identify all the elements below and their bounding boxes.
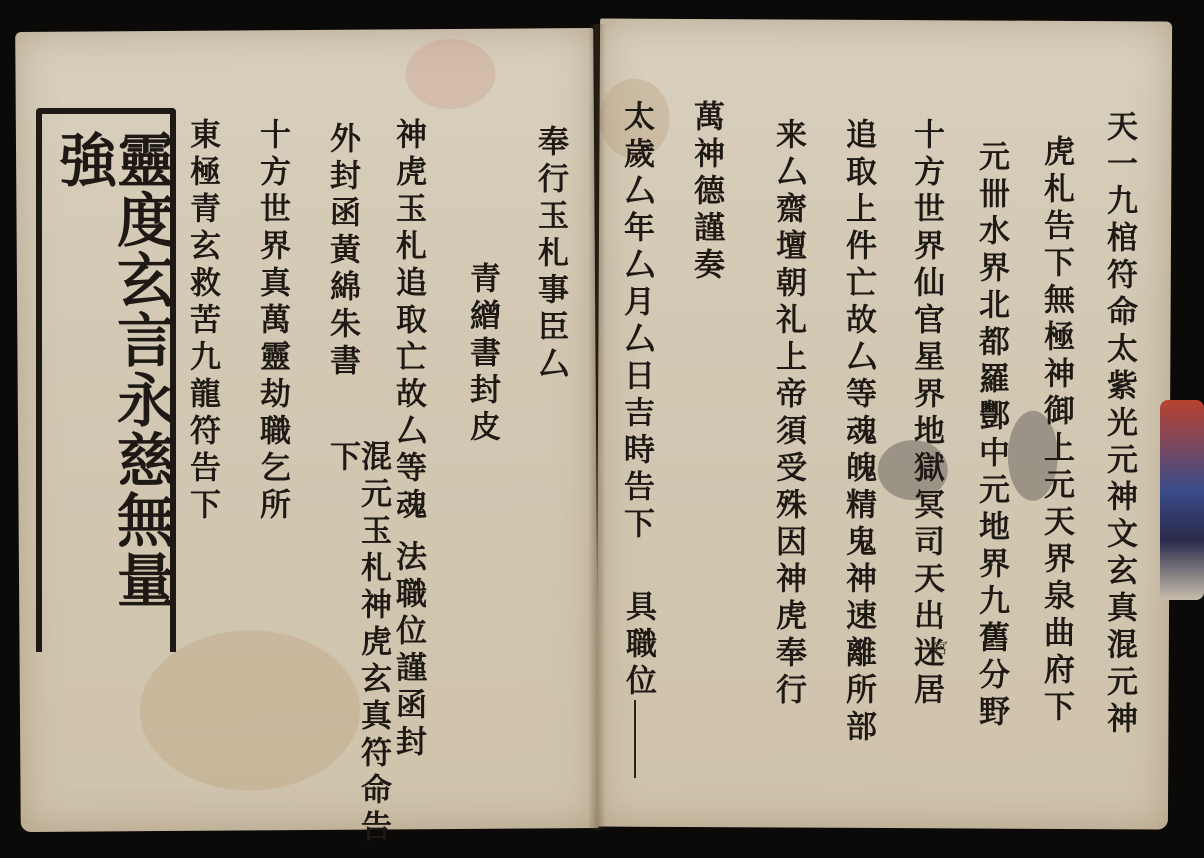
text-column: 奉行玉札事臣厶 (534, 125, 565, 384)
book-gutter (588, 24, 606, 830)
text-column: 虎札告下無極神御上元天界泉曲府下 (1040, 135, 1071, 727)
manuscript-spread: 天一九棺符命太紫光元神文玄真混元神 虎札告下無極神御上元天界泉曲府下 元卌水界北… (0, 0, 1204, 858)
text-column: 混元玉札神虎玄真符命告下 (326, 440, 388, 858)
text-column: 天一九棺符命太紫光元神文玄真混元神 (1103, 110, 1134, 739)
right-page (596, 19, 1172, 830)
brush-stroke (634, 700, 636, 778)
text-column: 法職位謹函封 (392, 540, 423, 762)
text-column: 元卌水界北都羅酆中元地界九舊分野 (975, 140, 1006, 732)
margin-annotation: 宮 (932, 640, 947, 655)
talisman-seal: 靈度玄言永慈無量強 (36, 108, 176, 652)
date-column: 太歲厶年厶月厶日吉時告下 (620, 100, 651, 544)
text-column: 来厶齋壇朝礼上帝須受殊因神虎奉行 (772, 118, 803, 710)
text-column: 十方世界仙官星界地獄冥司天出迷居 (910, 118, 941, 710)
text-column: 神虎玉札追取亡故厶等魂 (392, 118, 423, 525)
text-column: 追取上件亡故厶等魂魄精鬼神速離所部 (842, 118, 873, 747)
text-column: 十方世界真萬靈劫職乞所 (256, 118, 287, 525)
text-column: 萬神德謹奏 (690, 100, 721, 285)
title-position-column: 具職位 (622, 590, 653, 701)
stain (405, 39, 495, 110)
text-column: 青繒書封皮 (466, 262, 497, 447)
text-column: 外封函黃綿朱書 (326, 122, 357, 381)
colored-edge-illustration (1160, 400, 1204, 600)
talisman-glyphs: 靈度玄言永慈無量強 (42, 130, 170, 652)
text-column: 東極青玄救苦九龍符告下 (186, 118, 217, 525)
